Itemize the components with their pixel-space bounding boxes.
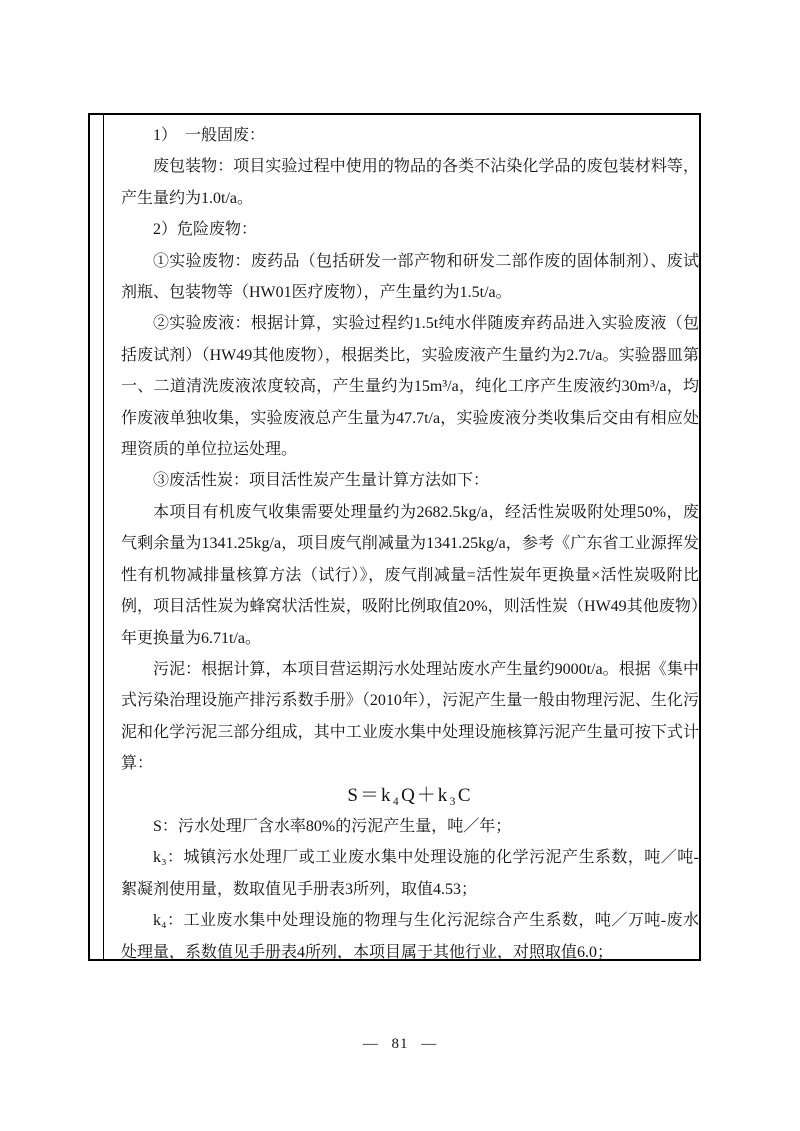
activated-carbon-calculation-paragraph: 本项目有机废气收集需要处理量约为2682.5kg/a，经活性炭吸附处理50%，废… [121,497,699,654]
sludge-paragraph: 污泥：根据计算，本项目营运期污水处理站废水产生量约9000t/a。根据《集中式污… [121,654,699,780]
waste-packaging-paragraph: 废包装物：项目实验过程中使用的物品的各类不沾染化学品的废包装材料等，产生量约为1… [121,151,699,214]
formula-term-k4: k₄：工业废水集中处理设施的物理与生化污泥综合产生系数，吨／万吨-废水处理量，系… [121,905,699,968]
hazardous-waste-heading: 2）危险废物： [121,214,699,245]
formula-term-s: S：污水处理厂含水率80%的污泥产生量，吨／年； [121,811,699,842]
spent-activated-carbon-heading: ③废活性炭：项目活性炭产生量计算方法如下： [121,465,699,496]
page-number: — 81 — [0,1036,800,1053]
experiment-solid-waste-paragraph: ①实验废物：废药品（包括研发一部产物和研发二部作废的固体制剂）、废试剂瓶、包装物… [121,246,699,309]
sludge-formula: S＝k₄Q＋k₃C [121,780,699,811]
general-solid-waste-heading: 1） 一般固废： [121,120,699,151]
left-column-divider [103,115,104,959]
formula-term-k3: k₃：城镇污水处理厂或工业废水集中处理设施的化学污泥产生系数，吨／吨-絮凝剂使用… [121,842,699,905]
report-text-area: 1） 一般固废： 废包装物：项目实验过程中使用的物品的各类不沾染化学品的废包装材… [121,120,699,968]
experiment-liquid-waste-paragraph: ②实验废液：根据计算，实验过程约1.5t纯水伴随废弃药品进入实验废液（包括废试剂… [121,308,699,465]
table-frame: 1） 一般固废： 废包装物：项目实验过程中使用的物品的各类不沾染化学品的废包装材… [88,113,701,961]
